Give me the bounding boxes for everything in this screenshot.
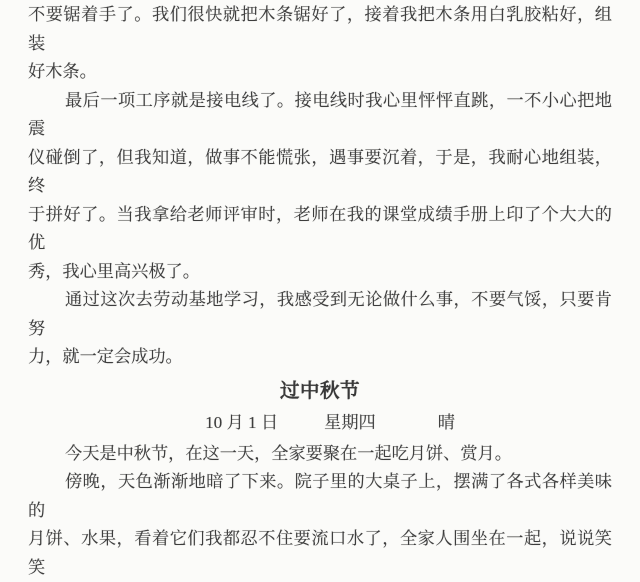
text-line: 仪碰倒了，但我知道，做事不能慌张，遇事要沉着，于是，我耐心地组装，终 — [28, 144, 612, 201]
document-page: 不要锯着手了。我们很快就把木条锯好了，接着我把木条用白乳胶粘好，组装 好木条。 … — [28, 1, 612, 360]
text-line: 于拼好了。当我拿给老师评审时，老师在我的课堂成绩手册上印了个大大的优 — [28, 201, 612, 258]
text-line: 不要锯着手了。我们很快就把木条锯好了，接着我把木条用白乳胶粘好，组装 — [28, 1, 612, 58]
text-line: 最后一项工序就是接电线了。接电线时我心里怦怦直跳，一不小心把地震 — [28, 87, 612, 144]
text-line: 秀，我心里高兴极了。 — [28, 258, 612, 287]
text-line: 通过这次去劳动基地学习，我感受到无论做什么事，不要气馁，只要肯努 — [28, 286, 612, 343]
text-line: 力，就一定会成功。 — [28, 343, 612, 360]
text-line: 好木条。 — [28, 58, 612, 87]
